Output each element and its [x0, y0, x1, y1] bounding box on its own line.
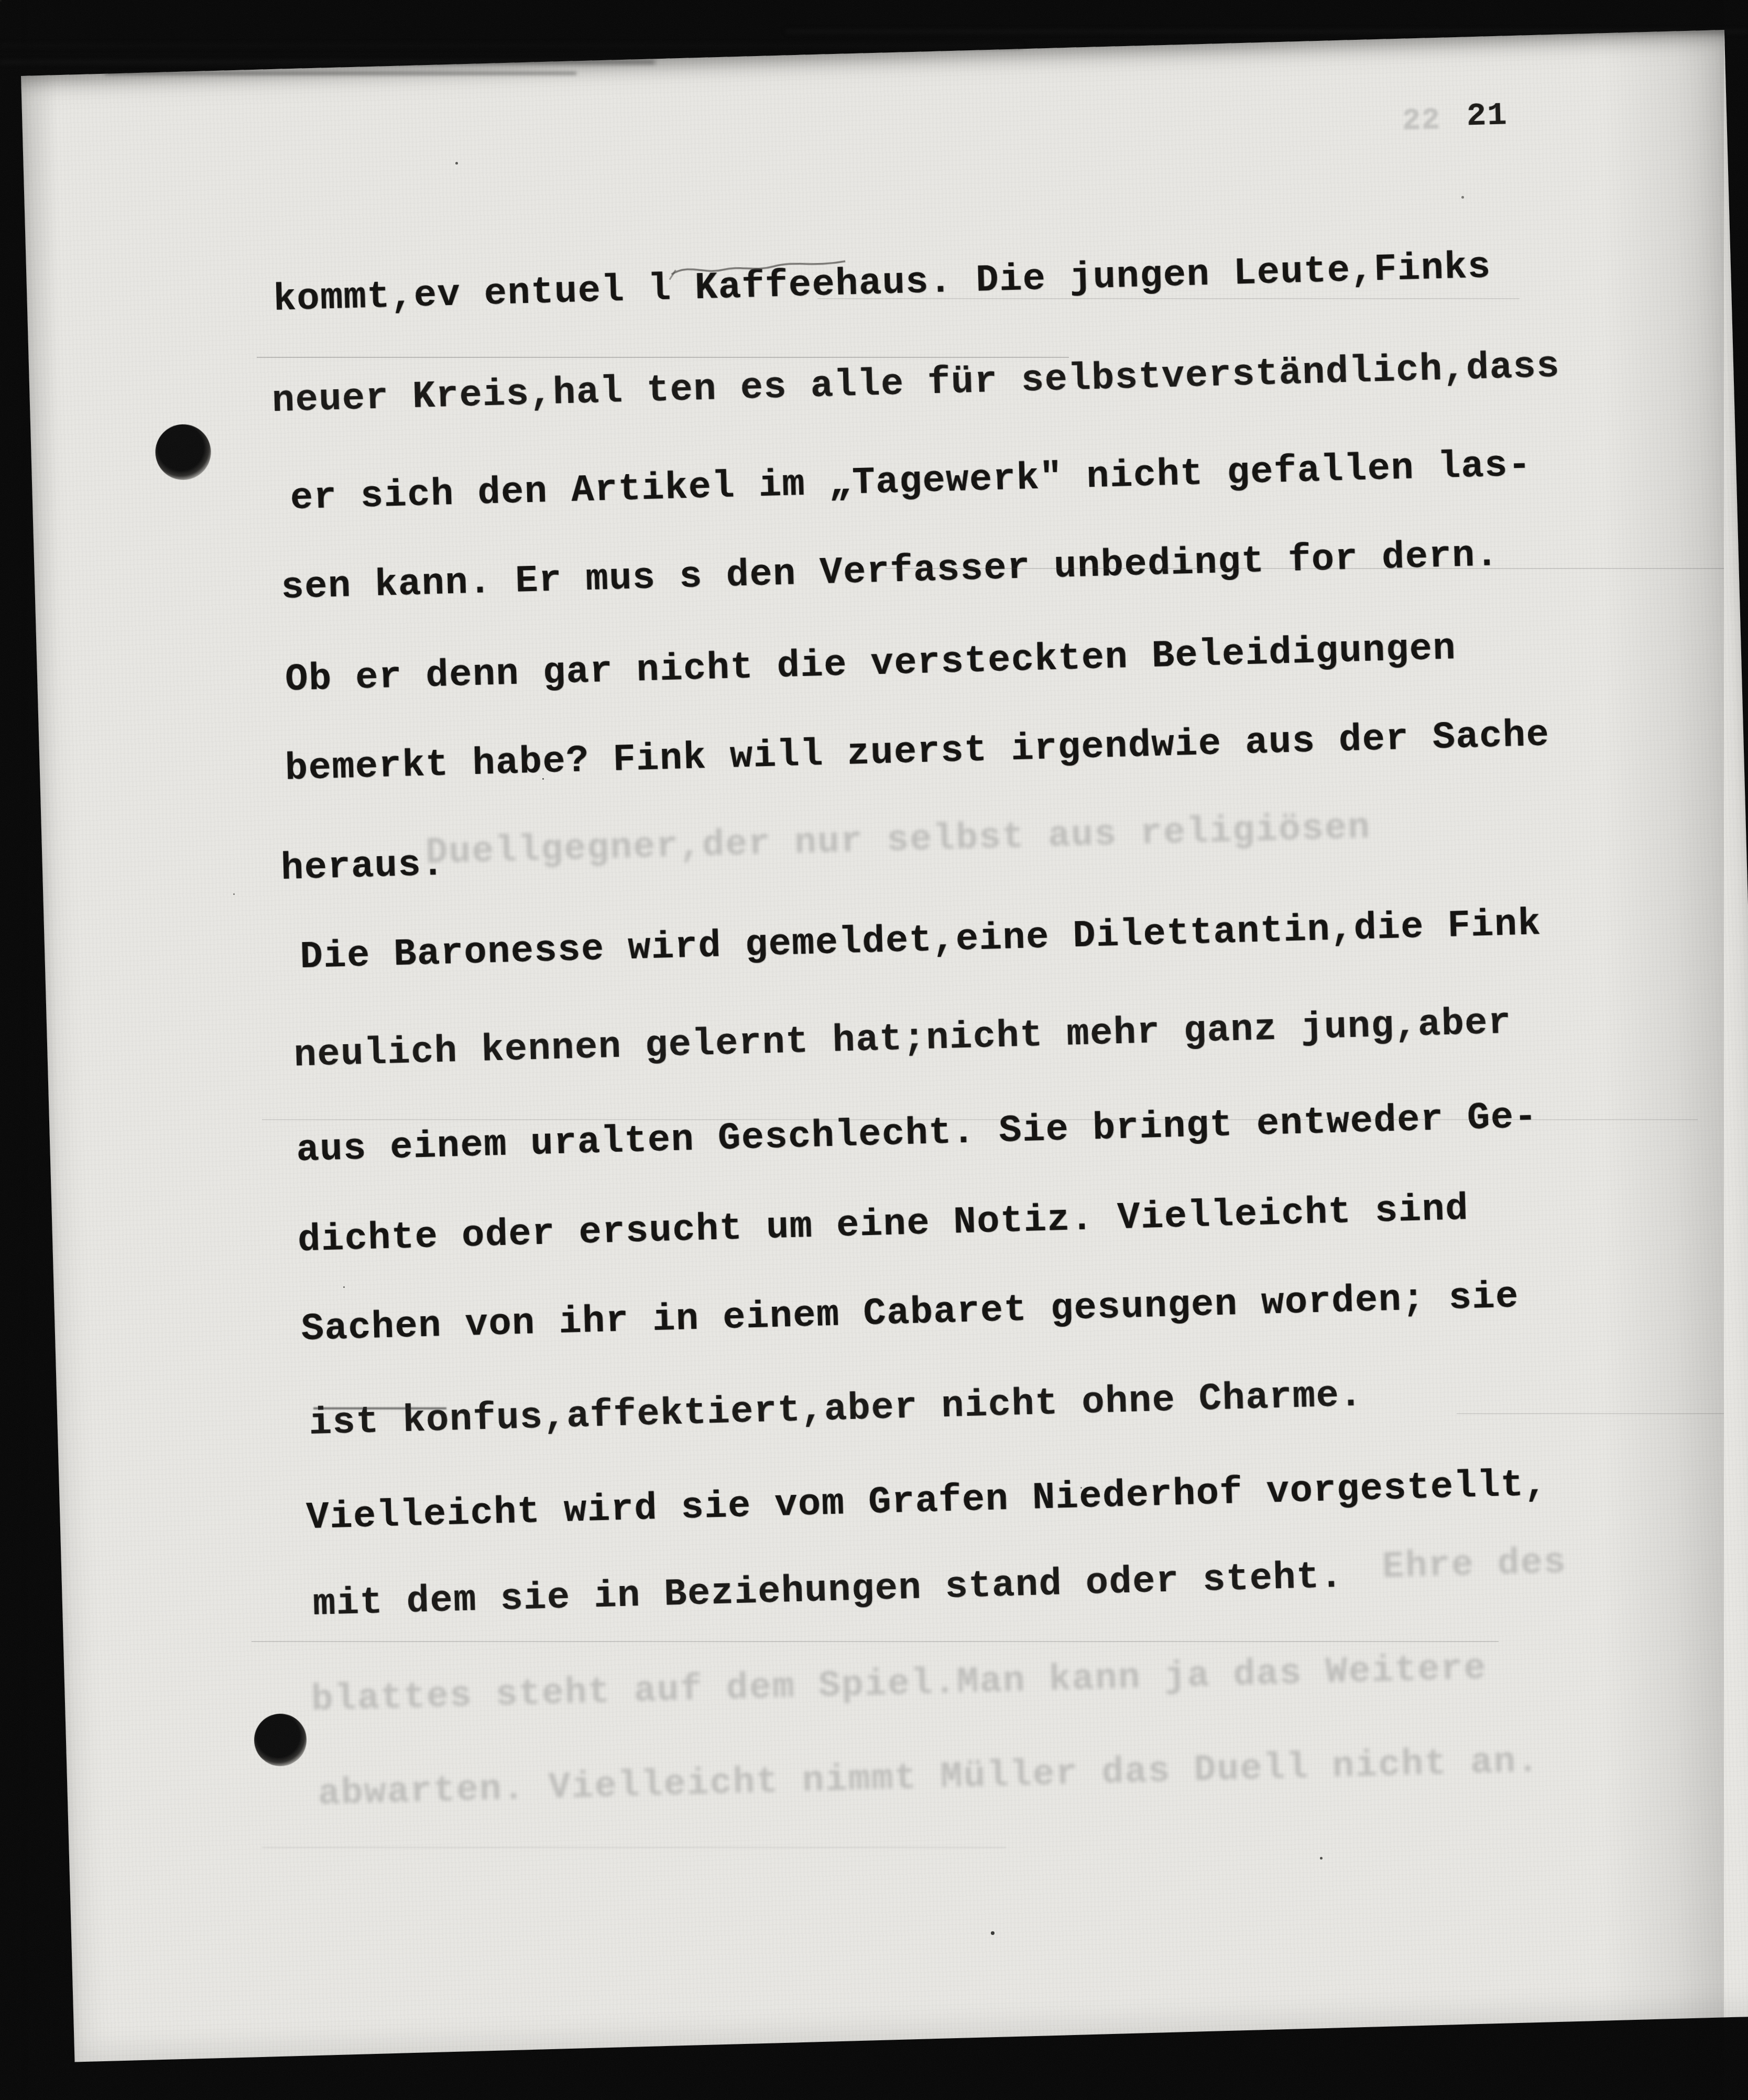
ghost-bleedthrough-line: blattes steht auf dem Spiel.Man kann ja … — [311, 1650, 1487, 1719]
typed-line: Die Baronesse wird gemeldet,eine Diletta… — [300, 905, 1542, 976]
typed-line: aus einem uralten Geschlecht. Sie bringt… — [296, 1098, 1538, 1169]
typed-line: dichte oder ersucht um eine Notiz. Viell… — [297, 1190, 1469, 1259]
ghost-bleedthrough-line: Ehre des — [1382, 1545, 1567, 1586]
dust-specks — [0, 0, 2, 2]
punch-hole-bottom — [254, 1713, 308, 1767]
typed-line: sen kann. Er mus s den Verfasser unbedin… — [281, 536, 1500, 607]
document-page: 22 21 kommt,ev entuel l Kaffeehaus. Die … — [21, 30, 1748, 2062]
ghost-text-block: Duellgegner,der nur selbst aus religiöse… — [21, 30, 1724, 76]
typed-line: Sachen von ihr in einem Cabaret gesungen… — [301, 1278, 1520, 1349]
ghost-page-number: 22 — [1402, 104, 1441, 139]
typed-line: mit dem sie in Beziehungen stand oder st… — [312, 1558, 1343, 1623]
ghost-bleedthrough-line: Duellgegner,der nur selbst aus religiöse… — [425, 810, 1371, 872]
typed-line: Ob er denn gar nicht die versteckten Bel… — [285, 629, 1456, 698]
typed-line: bemerkt habe? Fink will zuerst irgendwie… — [285, 716, 1550, 788]
typed-line: Vielleicht wird sie vom Grafen Niederhof… — [306, 1465, 1548, 1537]
typed-line: kommt,ev entuel l Kaffeehaus. Die jungen… — [273, 248, 1492, 319]
scan-frame: 22 21 kommt,ev entuel l Kaffeehaus. Die … — [0, 0, 1748, 2100]
scan-streak — [0, 44, 1022, 47]
page-number: 21 — [1466, 96, 1508, 135]
typed-line: neuer Kreis,hal ten es alle für selbstve… — [271, 347, 1560, 420]
typed-line: heraus. — [280, 846, 445, 888]
ghost-bleedthrough-line: abwarten. Vielleicht nimmt Müller das Du… — [318, 1744, 1540, 1813]
typed-line: neulich kennen gelernt hat;nicht mehr ga… — [293, 1004, 1512, 1075]
typed-text-block: kommt,ev entuel l Kaffeehaus. Die jungen… — [21, 30, 1724, 76]
punch-hole-top — [155, 423, 212, 480]
typed-line: ist konfus,affektiert,aber nicht ohne Ch… — [309, 1376, 1363, 1442]
scan-streak — [786, 30, 1748, 32]
typed-line: er sich den Artikel im „Tagewerk" nicht … — [290, 446, 1532, 517]
pencil-squiggle-mark — [668, 254, 849, 285]
